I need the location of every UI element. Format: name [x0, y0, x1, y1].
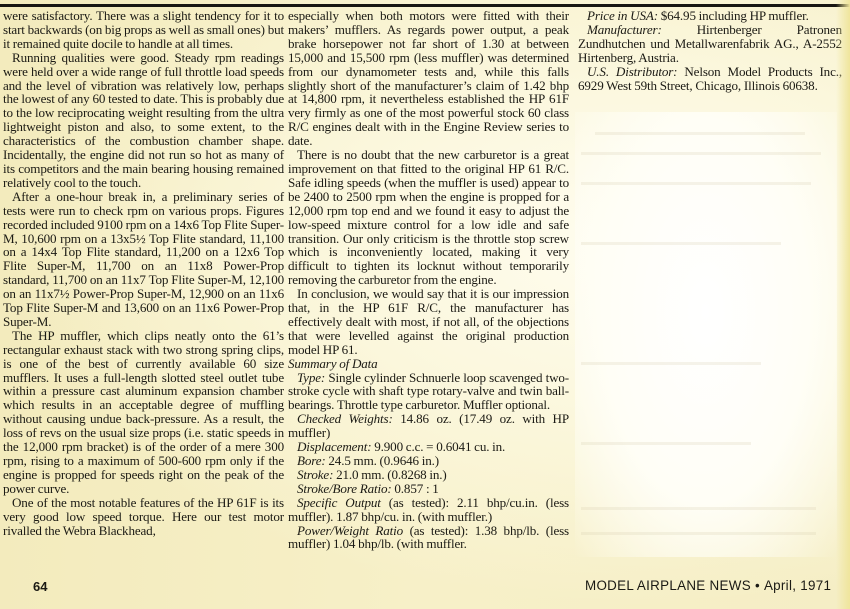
distributor-info: U.S. Distributor: Nelson Model Products …: [578, 65, 842, 93]
info-label: Manufacturer:: [587, 22, 662, 37]
spec-label: Specific Output: [297, 495, 381, 510]
summary-heading: Summary of Data: [288, 357, 569, 371]
faded-blank-region: [575, 112, 837, 557]
spec-value: 21.0 mm. (0.8268 in.): [336, 467, 447, 482]
column-2: especially when both motors were fitted …: [288, 9, 569, 551]
price-info: Price in USA: $64.95 including HP muffle…: [578, 9, 842, 23]
spec-displacement: Displacement: 9.900 c.c. = 0.6041 cu. in…: [288, 440, 569, 454]
spec-bore: Bore: 24.5 mm. (0.9646 in.): [288, 454, 569, 468]
spec-label: Power/Weight Ratio: [297, 523, 403, 538]
page-number: 64: [33, 579, 47, 594]
paragraph: were satisfactory. There was a slight te…: [3, 9, 284, 51]
magazine-page: were satisfactory. There was a slight te…: [0, 0, 850, 609]
spec-stroke-bore-ratio: Stroke/Bore Ratio: 0.857 : 1: [288, 482, 569, 496]
spec-power-weight: Power/Weight Ratio (as tested): 1.38 bhp…: [288, 524, 569, 552]
bleed-through-line: [581, 507, 816, 510]
paragraph: The HP muffler, which clips neatly onto …: [3, 329, 284, 496]
spec-stroke: Stroke: 21.0 mm. (0.8268 in.): [288, 468, 569, 482]
bleed-through-line: [581, 182, 811, 185]
paragraph: In conclusion, we would say that it is o…: [288, 287, 569, 357]
bleed-through-line: [581, 532, 816, 535]
bleed-through-line: [595, 132, 805, 135]
paragraph: One of the most notable features of the …: [3, 496, 284, 538]
paragraph: After a one-hour break in, a preliminary…: [3, 190, 284, 329]
bullet-icon: •: [755, 578, 760, 593]
info-label: U.S. Distributor:: [587, 64, 677, 79]
spec-value: Single cylinder Schnuerle loop scavenged…: [288, 370, 569, 413]
spec-label: Displacement:: [297, 439, 371, 454]
spec-type: Type: Single cylinder Schnuerle loop sca…: [288, 371, 569, 413]
spec-value: 9.900 c.c. = 0.6041 cu. in.: [374, 439, 505, 454]
spec-label: Bore:: [297, 453, 326, 468]
bleed-through-line: [581, 362, 761, 365]
spec-value: 24.5 mm. (0.9646 in.): [328, 453, 439, 468]
spec-label: Stroke:: [297, 467, 333, 482]
issue-date: April, 1971: [764, 578, 831, 593]
bleed-through-line: [581, 242, 781, 245]
column-1: were satisfactory. There was a slight te…: [3, 9, 284, 537]
manufacturer-info: Manufacturer: Hirtenberger Patronen Zund…: [578, 23, 842, 65]
bleed-through-line: [581, 442, 751, 445]
info-value: $64.95 including HP muffler.: [661, 8, 809, 23]
spec-label: Stroke/Bore Ratio:: [297, 481, 392, 496]
spec-label: Type:: [297, 370, 325, 385]
paragraph: There is no doubt that the new carbureto…: [288, 148, 569, 287]
page-edge: [836, 0, 850, 609]
info-label: Price in USA:: [587, 8, 658, 23]
spec-weights: Checked Weights: 14.86 oz. (17.49 oz. wi…: [288, 412, 569, 440]
footer-credit: MODEL AIRPLANE NEWS•April, 1971: [585, 578, 831, 593]
bleed-through-line: [581, 152, 821, 155]
spec-specific-output: Specific Output (as tested): 2.11 bhp/cu…: [288, 496, 569, 524]
magazine-name: MODEL AIRPLANE NEWS: [585, 578, 751, 593]
spec-value: 0.857 : 1: [394, 481, 438, 496]
spec-label: Checked Weights:: [297, 411, 393, 426]
column-3: Price in USA: $64.95 including HP muffle…: [578, 9, 842, 92]
top-rule: [0, 4, 850, 7]
paragraph: Running qualities were good. Steady rpm …: [3, 51, 284, 190]
paragraph: especially when both motors were fitted …: [288, 9, 569, 148]
